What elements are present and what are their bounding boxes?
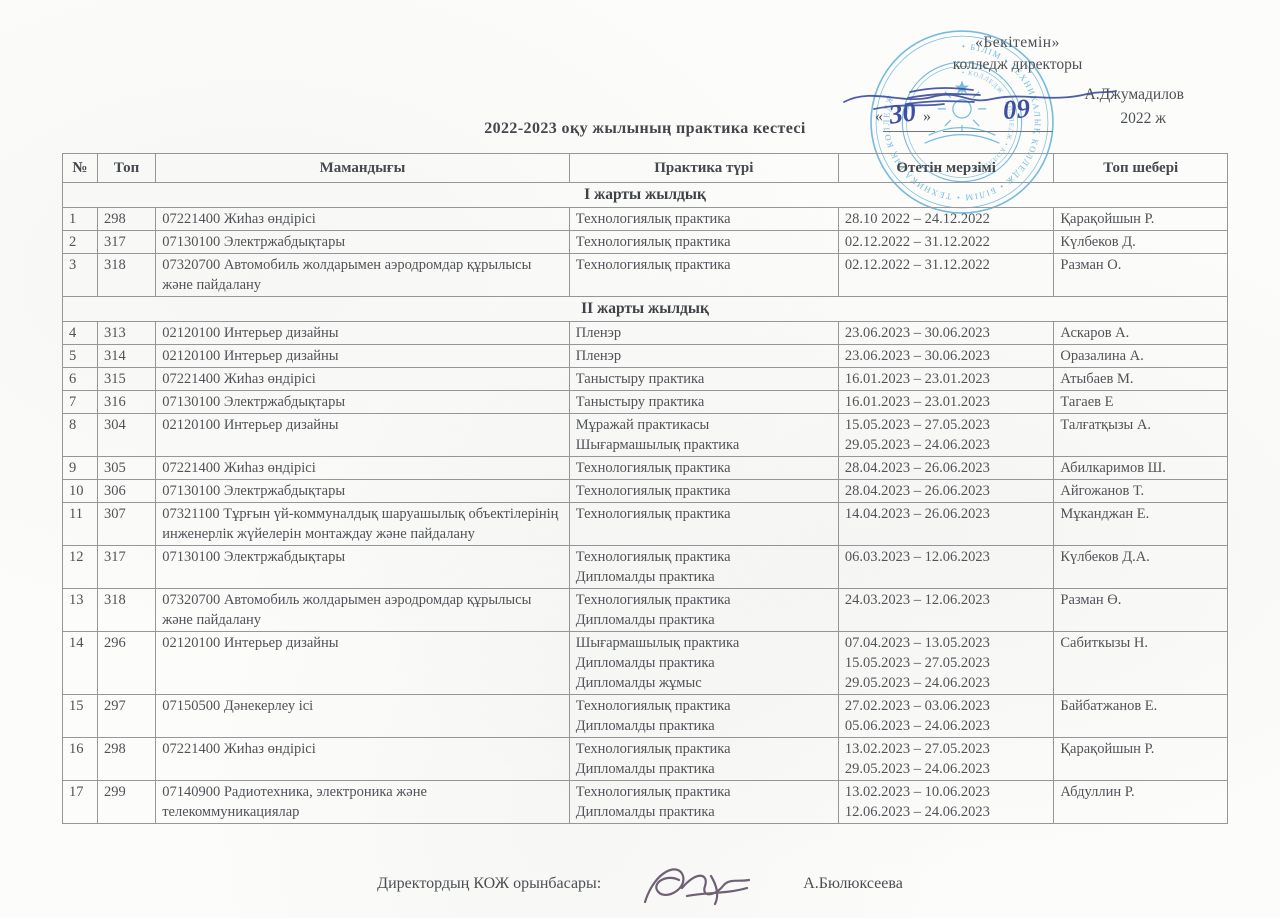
- col-group: Топ: [97, 154, 155, 183]
- table-row: 731607130100 ЭлектржабдықтарыТаныстыру п…: [63, 391, 1228, 414]
- table-row: 331807320700 Автомобиль жолдарымен аэрод…: [63, 254, 1228, 297]
- group-number: 314: [97, 345, 155, 368]
- row-number: 6: [63, 368, 98, 391]
- row-number: 12: [63, 546, 98, 589]
- row-number: 7: [63, 391, 98, 414]
- group-number: 307: [97, 503, 155, 546]
- group-number: 299: [97, 781, 155, 824]
- period-cell: 27.02.2023 – 03.06.2023 05.06.2023 – 24.…: [838, 695, 1054, 738]
- specialty-cell: 07130100 Электржабдықтары: [156, 546, 570, 589]
- group-number: 318: [97, 589, 155, 632]
- practice-type-cell: Технологиялық практика: [569, 254, 838, 297]
- specialty-cell: 07320700 Автомобиль жолдарымен аэродромд…: [156, 254, 570, 297]
- specialty-cell: 07320700 Автомобиль жолдарымен аэродромд…: [156, 589, 570, 632]
- table-row: 431302120100 Интерьер дизайныПленэр23.06…: [63, 322, 1228, 345]
- group-number: 316: [97, 391, 155, 414]
- specialty-cell: 07130100 Электржабдықтары: [156, 231, 570, 254]
- practice-type-cell: Пленэр: [569, 322, 838, 345]
- table-row: 631507221400 Жиһаз өндірісіТаныстыру пра…: [63, 368, 1228, 391]
- period-cell: 16.01.2023 – 23.01.2023: [838, 391, 1054, 414]
- period-cell: 15.05.2023 – 27.05.2023 29.05.2023 – 24.…: [838, 414, 1054, 457]
- period-cell: 13.02.2023 – 27.05.2023 29.05.2023 – 24.…: [838, 738, 1054, 781]
- specialty-cell: 07321100 Тұрғын үй-коммуналдық шаруашылы…: [156, 503, 570, 546]
- specialty-cell: 07130100 Электржабдықтары: [156, 480, 570, 503]
- section-title: І жарты жылдық: [63, 183, 1228, 208]
- group-number: 305: [97, 457, 155, 480]
- practice-type-cell: Мұражай практикасы Шығармашылық практика: [569, 414, 838, 457]
- master-cell: Разман О.: [1054, 254, 1228, 297]
- col-master: Топ шебері: [1054, 154, 1228, 183]
- table-row: 1331807320700 Автомобиль жолдарымен аэро…: [63, 589, 1228, 632]
- practice-type-cell: Пленэр: [569, 345, 838, 368]
- table-row: 531402120100 Интерьер дизайныПленэр23.06…: [63, 345, 1228, 368]
- table-body: І жарты жылдық129807221400 Жиһаз өндіріс…: [63, 183, 1228, 824]
- col-specialty: Мамандығы: [156, 154, 570, 183]
- document-page: • БІЛІМ • ТЕХНИКАЛЫҚ КОЛЛЕДЖ • БІЛІМ • Т…: [0, 0, 1280, 918]
- master-cell: Абилкаримов Ш.: [1054, 457, 1228, 480]
- specialty-cell: 02120100 Интерьер дизайны: [156, 414, 570, 457]
- deputy-name: А.Бюлюксеева: [803, 875, 903, 893]
- period-cell: 28.04.2023 – 26.06.2023: [838, 457, 1054, 480]
- period-cell: 13.02.2023 – 10.06.2023 12.06.2023 – 24.…: [838, 781, 1054, 824]
- period-cell: 23.06.2023 – 30.06.2023: [838, 322, 1054, 345]
- period-cell: 07.04.2023 – 13.05.2023 15.05.2023 – 27.…: [838, 632, 1054, 695]
- practice-type-cell: Технологиялық практика: [569, 208, 838, 231]
- table-header: № Топ Мамандығы Практика түрі Өтетін мер…: [63, 154, 1228, 183]
- period-cell: 24.03.2023 – 12.06.2023: [838, 589, 1054, 632]
- master-cell: Абдуллин Р.: [1054, 781, 1228, 824]
- practice-type-cell: Шығармашылық практика Дипломалды практик…: [569, 632, 838, 695]
- master-cell: Талғатқызы А.: [1054, 414, 1228, 457]
- practice-type-cell: Таныстыру практика: [569, 368, 838, 391]
- approval-role: колледж директоры: [845, 56, 1190, 74]
- master-cell: Қарақойшын Р.: [1054, 738, 1228, 781]
- section-row: І жарты жылдық: [63, 183, 1228, 208]
- deputy-label: Директордың КОЖ орынбасары:: [377, 875, 601, 893]
- group-number: 304: [97, 414, 155, 457]
- master-cell: Айгожанов Т.: [1054, 480, 1228, 503]
- practice-type-cell: Технологиялық практика Дипломалды практи…: [569, 781, 838, 824]
- table-row: 231707130100 ЭлектржабдықтарыТехнологиял…: [63, 231, 1228, 254]
- table-row: 1429602120100 Интерьер дизайныШығармашыл…: [63, 632, 1228, 695]
- group-number: 298: [97, 738, 155, 781]
- master-cell: Күлбеков Д.: [1054, 231, 1228, 254]
- group-number: 313: [97, 322, 155, 345]
- period-cell: 14.04.2023 – 26.06.2023: [838, 503, 1054, 546]
- row-number: 14: [63, 632, 98, 695]
- section-row: ІІ жарты жылдық: [63, 297, 1228, 322]
- specialty-cell: 07221400 Жиһаз өндірісі: [156, 208, 570, 231]
- group-number: 315: [97, 368, 155, 391]
- table-row: 1529707150500 Дәнекерлеу ісіТехнологиялы…: [63, 695, 1228, 738]
- row-number: 2: [63, 231, 98, 254]
- table-row: 1030607130100 ЭлектржабдықтарыТехнология…: [63, 480, 1228, 503]
- specialty-cell: 07221400 Жиһаз өндірісі: [156, 457, 570, 480]
- row-number: 16: [63, 738, 98, 781]
- approval-word: «Бекітемін»: [845, 34, 1190, 52]
- period-cell: 28.04.2023 – 26.06.2023: [838, 480, 1054, 503]
- specialty-cell: 07140900 Радиотехника, электроника және …: [156, 781, 570, 824]
- practice-type-cell: Технологиялық практика: [569, 457, 838, 480]
- specialty-cell: 02120100 Интерьер дизайны: [156, 632, 570, 695]
- group-number: 306: [97, 480, 155, 503]
- row-number: 4: [63, 322, 98, 345]
- specialty-cell: 07221400 Жиһаз өндірісі: [156, 368, 570, 391]
- row-number: 3: [63, 254, 98, 297]
- group-number: 298: [97, 208, 155, 231]
- period-cell: 28.10 2022 – 24.12.2022: [838, 208, 1054, 231]
- table-row: 1231707130100 ЭлектржабдықтарыТехнология…: [63, 546, 1228, 589]
- section-title: ІІ жарты жылдық: [63, 297, 1228, 322]
- col-period: Өтетін мерзімі: [838, 154, 1054, 183]
- master-cell: Қарақойшын Р.: [1054, 208, 1228, 231]
- row-number: 1: [63, 208, 98, 231]
- group-number: 297: [97, 695, 155, 738]
- table-row: 1729907140900 Радиотехника, электроника …: [63, 781, 1228, 824]
- practice-type-cell: Технологиялық практика Дипломалды практи…: [569, 695, 838, 738]
- specialty-cell: 07150500 Дәнекерлеу ісі: [156, 695, 570, 738]
- row-number: 17: [63, 781, 98, 824]
- practice-type-cell: Технологиялық практика: [569, 480, 838, 503]
- table-row: 830402120100 Интерьер дизайныМұражай пра…: [63, 414, 1228, 457]
- footer: Директордың КОЖ орынбасары: А.Бюлюксеева: [0, 856, 1280, 912]
- master-cell: Сабиткызы Н.: [1054, 632, 1228, 695]
- practice-type-cell: Технологиялық практика Дипломалды практи…: [569, 589, 838, 632]
- header-row: № Топ Мамандығы Практика түрі Өтетін мер…: [63, 154, 1228, 183]
- specialty-cell: 07130100 Электржабдықтары: [156, 391, 570, 414]
- col-practice-type: Практика түрі: [569, 154, 838, 183]
- group-number: 296: [97, 632, 155, 695]
- group-number: 317: [97, 231, 155, 254]
- period-cell: 06.03.2023 – 12.06.2023: [838, 546, 1054, 589]
- table-row: 930507221400 Жиһаз өндірісіТехнологиялық…: [63, 457, 1228, 480]
- page-title: 2022-2023 оқу жылының практика кестесі: [62, 120, 1228, 138]
- period-cell: 23.06.2023 – 30.06.2023: [838, 345, 1054, 368]
- row-number: 13: [63, 589, 98, 632]
- practice-type-cell: Технологиялық практика Дипломалды практи…: [569, 546, 838, 589]
- master-cell: Тагаев Е: [1054, 391, 1228, 414]
- master-cell: Оразалина А.: [1054, 345, 1228, 368]
- master-cell: Атыбаев М.: [1054, 368, 1228, 391]
- practice-type-cell: Технологиялық практика Дипломалды практи…: [569, 738, 838, 781]
- master-cell: Мұканджан Е.: [1054, 503, 1228, 546]
- period-cell: 16.01.2023 – 23.01.2023: [838, 368, 1054, 391]
- row-number: 5: [63, 345, 98, 368]
- specialty-cell: 07221400 Жиһаз өндірісі: [156, 738, 570, 781]
- specialty-cell: 02120100 Интерьер дизайны: [156, 322, 570, 345]
- period-cell: 02.12.2022 – 31.12.2022: [838, 254, 1054, 297]
- practice-table: № Топ Мамандығы Практика түрі Өтетін мер…: [62, 153, 1228, 824]
- table-row: 1130707321100 Тұрғын үй-коммуналдық шару…: [63, 503, 1228, 546]
- group-number: 318: [97, 254, 155, 297]
- table-row: 1629807221400 Жиһаз өндірісіТехнологиялы…: [63, 738, 1228, 781]
- specialty-cell: 02120100 Интерьер дизайны: [156, 345, 570, 368]
- approval-block: «Бекітемін» колледж директоры А.Джумадил…: [845, 34, 1190, 164]
- row-number: 9: [63, 457, 98, 480]
- table-row: 129807221400 Жиһаз өндірісіТехнологиялық…: [63, 208, 1228, 231]
- deputy-signature: [627, 858, 777, 910]
- master-cell: Аскаров А.: [1054, 322, 1228, 345]
- row-number: 8: [63, 414, 98, 457]
- row-number: 11: [63, 503, 98, 546]
- row-number: 10: [63, 480, 98, 503]
- master-cell: Разман Ө.: [1054, 589, 1228, 632]
- group-number: 317: [97, 546, 155, 589]
- practice-type-cell: Технологиялық практика: [569, 503, 838, 546]
- master-cell: Күлбеков Д.А.: [1054, 546, 1228, 589]
- practice-type-cell: Технологиялық практика: [569, 231, 838, 254]
- col-number: №: [63, 154, 98, 183]
- period-cell: 02.12.2022 – 31.12.2022: [838, 231, 1054, 254]
- practice-type-cell: Таныстыру практика: [569, 391, 838, 414]
- row-number: 15: [63, 695, 98, 738]
- master-cell: Байбатжанов Е.: [1054, 695, 1228, 738]
